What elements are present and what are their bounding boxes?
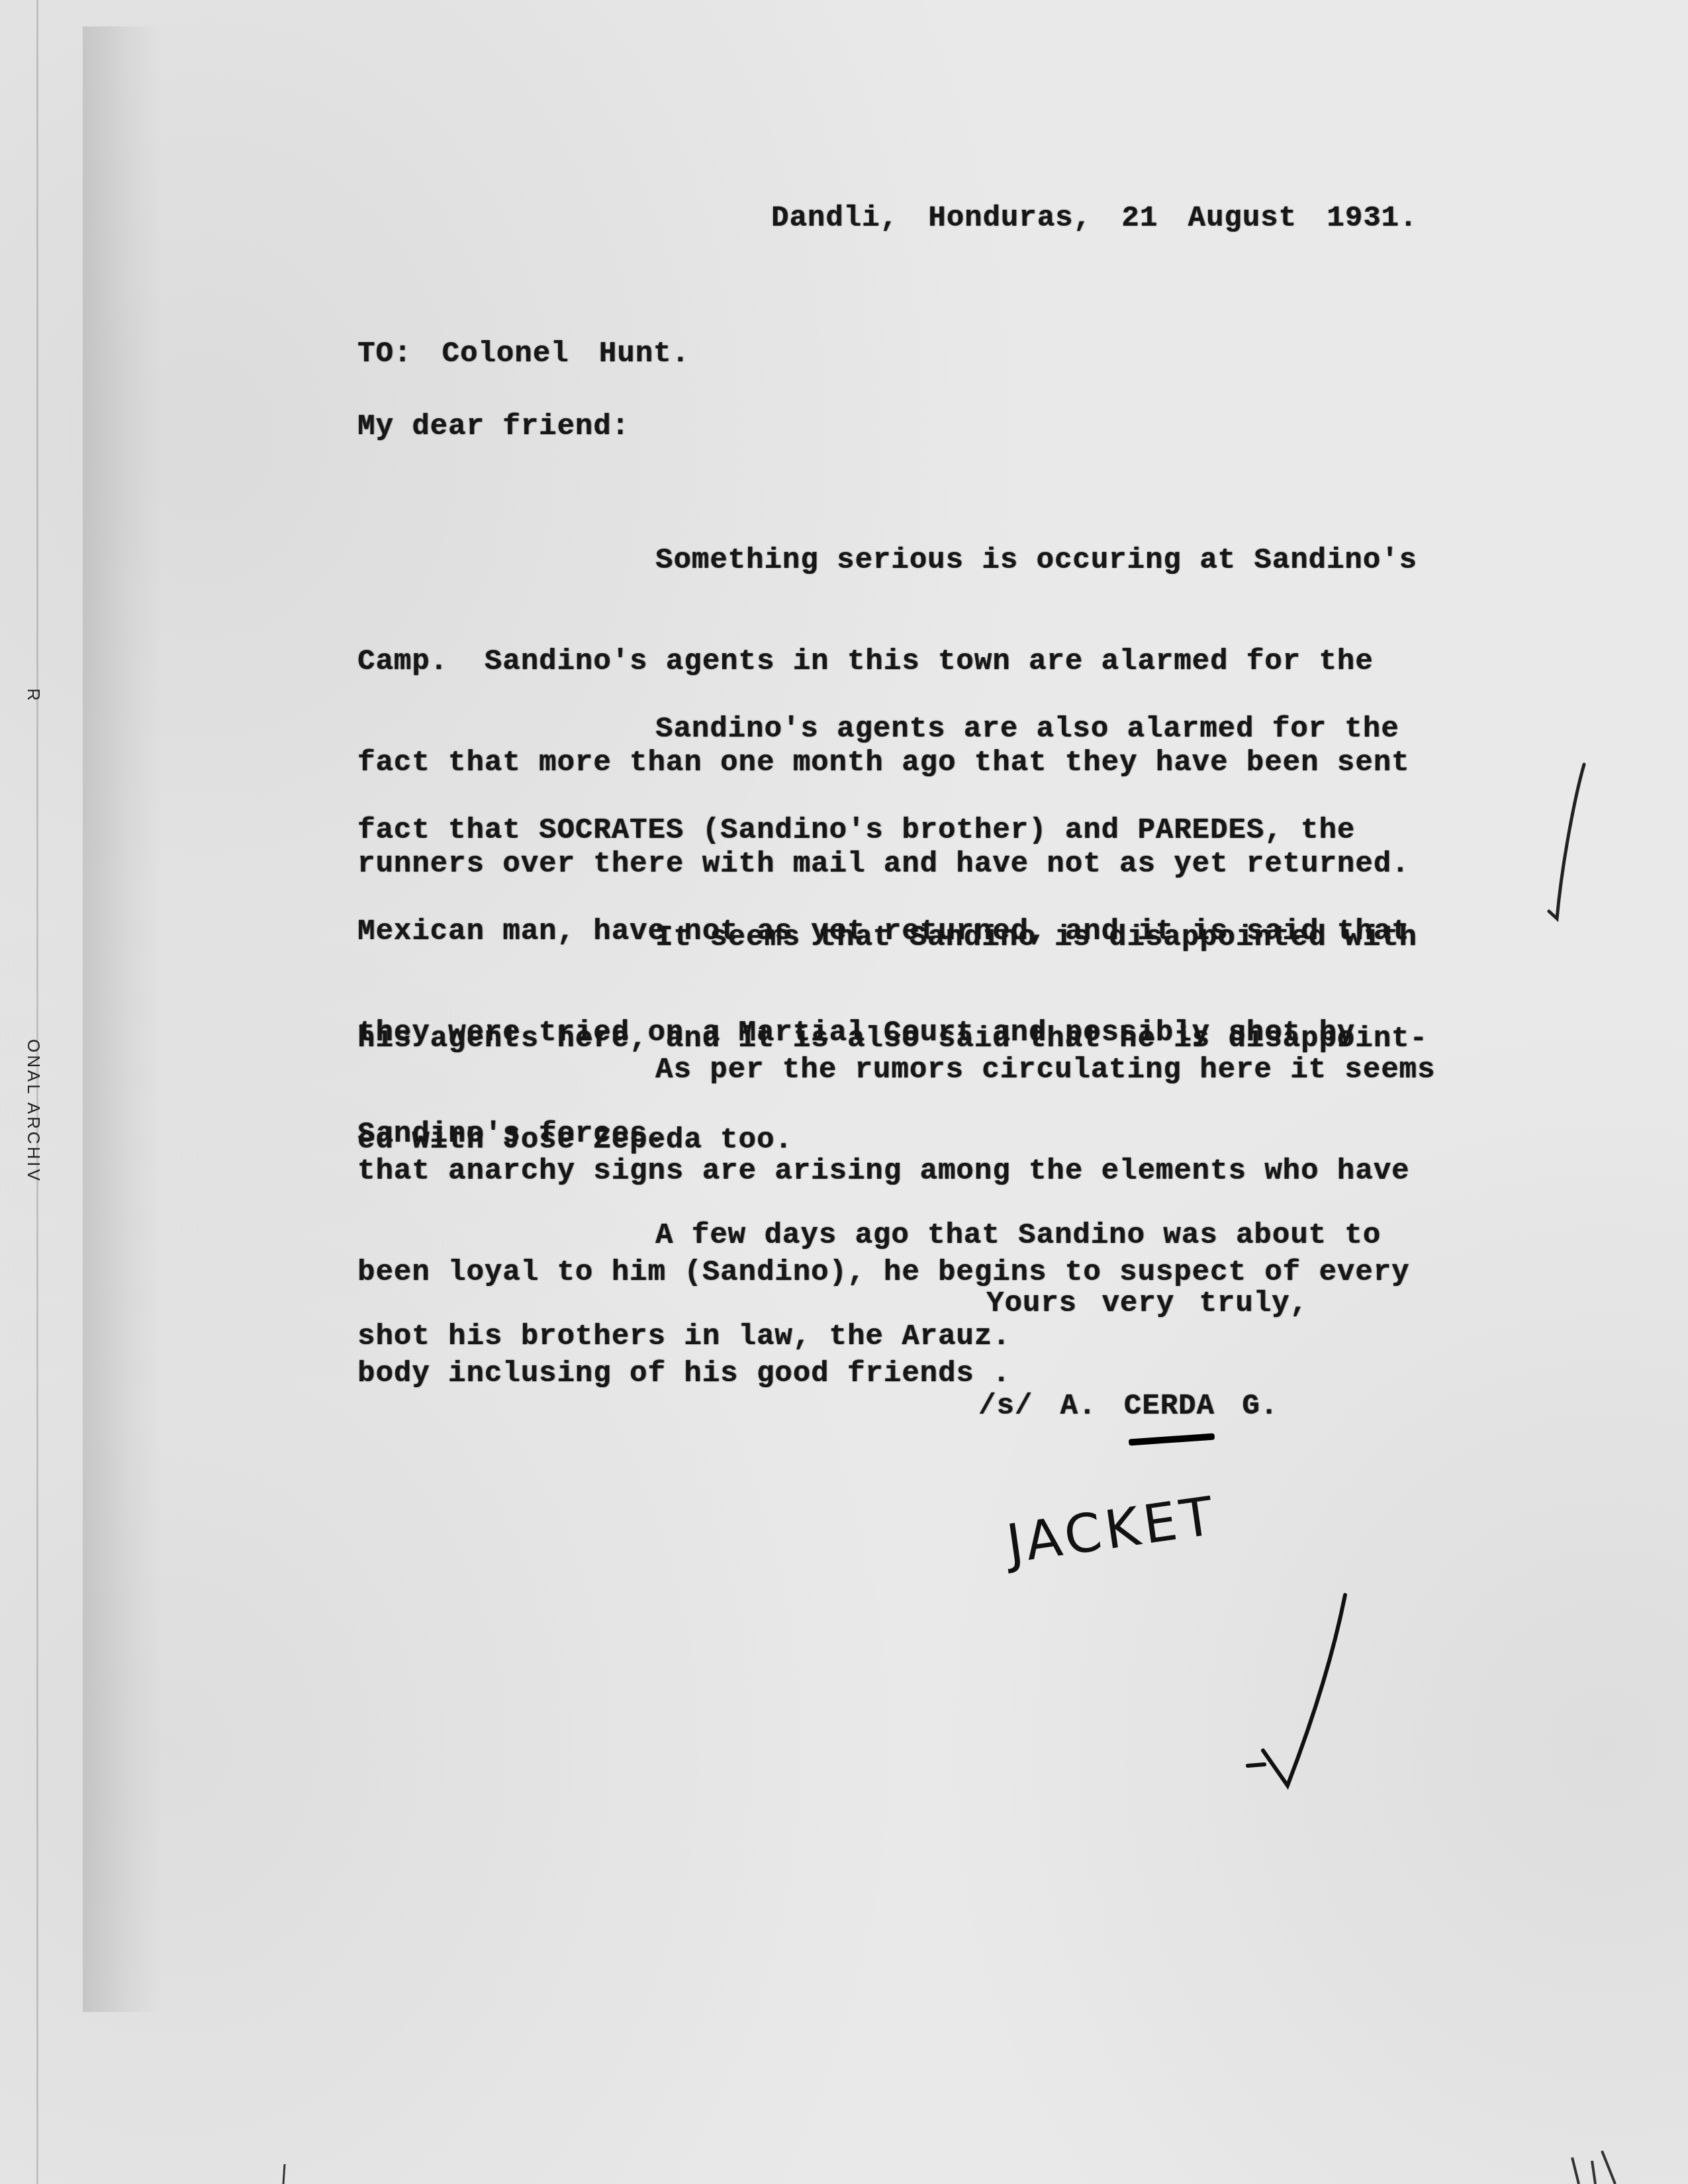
scanned-letter-page: R ONAL ARCHIV Dandli, Honduras, 21 Augus… <box>0 0 1688 2184</box>
check-mark-icon <box>1549 764 1584 919</box>
check-mark-icon <box>1248 1595 1345 1786</box>
pen-marks <box>0 0 1688 2184</box>
margin-tick-marks <box>283 2151 1615 2184</box>
